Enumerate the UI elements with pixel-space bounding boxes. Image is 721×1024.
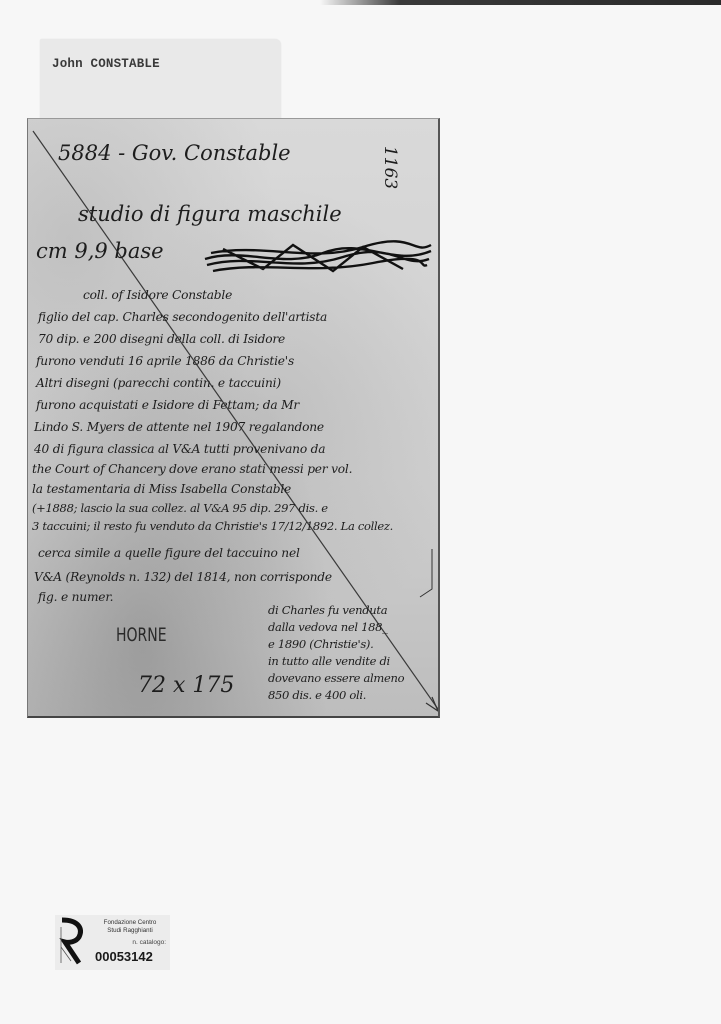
card-line: cerca simile a quelle figure del taccuin… — [38, 547, 300, 559]
card-line: figlio del cap. Charles secondogenito de… — [38, 311, 327, 323]
side-note-line: dovevano essere almeno — [268, 673, 404, 685]
catalog-stamp: Fondazione Centro Studi Ragghianti n. ca… — [55, 915, 170, 970]
foundation-name-line2: Studi Ragghianti — [91, 927, 169, 935]
card-line: (+1888; lascio la sua collez. al V&A 95 … — [32, 503, 328, 515]
artist-label-strip: John CONSTABLE — [40, 39, 281, 119]
handwritten-catalog-card: 5884 - Gov. Constable 1163 studio di fig… — [27, 118, 440, 718]
card-title: studio di figura maschile — [78, 204, 342, 225]
catalog-number-label: n. catalogo: — [132, 939, 166, 946]
card-line: 70 dip. e 200 disegni della coll. di Isi… — [38, 333, 285, 345]
card-line: la testamentaria di Miss Isabella Consta… — [32, 483, 291, 495]
card-line: Altri disegni (parecchi contin. e taccui… — [36, 377, 281, 389]
card-measure: cm 9,9 base — [36, 241, 164, 262]
card-line: furono venduti 16 aprile 1886 da Christi… — [36, 355, 294, 367]
card-dimensions: 72 x 175 — [138, 675, 234, 697]
foundation-name-line1: Fondazione Centro — [91, 919, 169, 927]
card-line: 40 di figura classica al V&A tutti prove… — [34, 443, 325, 455]
side-note-line: in tutto alle vendite di — [268, 656, 390, 668]
card-line: coll. of Isidore Constable — [83, 289, 232, 301]
card-line: the Court of Chancery dove erano stati m… — [32, 463, 352, 475]
scribbled-out-text — [203, 239, 433, 277]
scan-top-edge — [320, 0, 721, 5]
card-line: furono acquistati e Isidore di Fettam; d… — [36, 399, 299, 411]
foundation-logo-icon — [57, 917, 87, 967]
card-line: fig. e numer. — [38, 591, 113, 603]
card-header-number: 5884 - Gov. Constable — [58, 143, 291, 164]
card-side-number: 1163 — [381, 146, 398, 189]
artist-name: John CONSTABLE — [52, 57, 160, 71]
card-line: V&A (Reynolds n. 132) del 1814, non corr… — [34, 571, 332, 583]
horne-stamp: HORNE — [116, 627, 167, 645]
catalog-number: 00053142 — [95, 949, 153, 964]
side-note-line: 850 dis. e 400 oli. — [268, 690, 366, 702]
side-note-line: e 1890 (Christie's). — [268, 639, 373, 651]
card-line: Lindo S. Myers de attente nel 1907 regal… — [34, 421, 324, 433]
side-note-line: di Charles fu venduta — [268, 605, 387, 617]
side-note-line: dalla vedova nel 188_ — [268, 622, 388, 634]
foundation-name: Fondazione Centro Studi Ragghianti — [91, 919, 169, 935]
card-line: 3 taccuini; il resto fu venduto da Chris… — [32, 521, 393, 533]
